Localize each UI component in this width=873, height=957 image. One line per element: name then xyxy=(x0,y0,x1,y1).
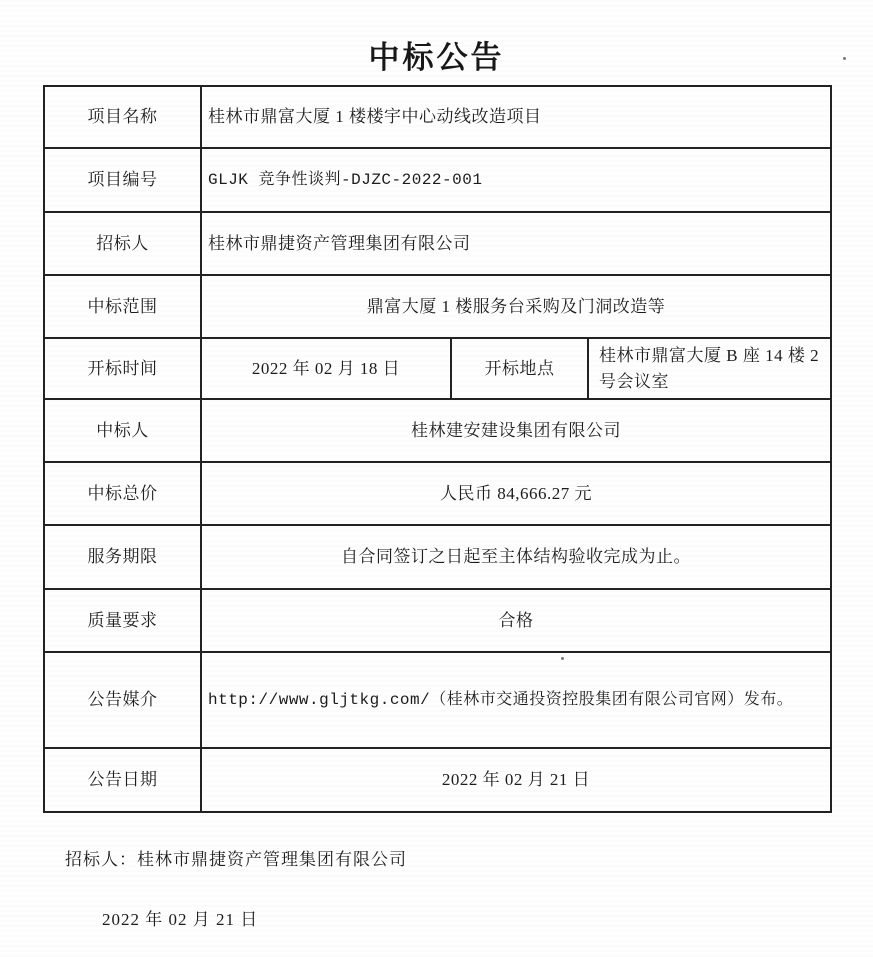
announcement-table: 项目名称 桂林市鼎富大厦 1 楼楼宇中心动线改造项目 项目编号 GLJK 竞争性… xyxy=(43,85,832,813)
row-label-project-name: 项目名称 xyxy=(44,86,201,148)
scan-speck xyxy=(561,657,564,660)
row-label-media: 公告媒介 xyxy=(44,652,201,748)
row-label-project-number: 项目编号 xyxy=(44,148,201,212)
table-row-project-name: 项目名称 桂林市鼎富大厦 1 楼楼宇中心动线改造项目 xyxy=(44,86,831,148)
table-row-project-number: 项目编号 GLJK 竞争性谈判-DJZC-2022-001 xyxy=(44,148,831,212)
row-value-service-period: 自合同签订之日起至主体结构验收完成为止。 xyxy=(201,525,831,589)
row-value-opening-time: 2022 年 02 月 18 日 xyxy=(201,338,451,399)
row-value-tenderer: 桂林市鼎捷资产管理集团有限公司 xyxy=(201,212,831,275)
table-row-opening: 开标时间 2022 年 02 月 18 日 开标地点 桂林市鼎富大厦 B 座 1… xyxy=(44,338,831,399)
table-row-tenderer: 招标人 桂林市鼎捷资产管理集团有限公司 xyxy=(44,212,831,275)
table-row-winner: 中标人 桂林建安建设集团有限公司 xyxy=(44,399,831,462)
row-label-quality: 质量要求 xyxy=(44,589,201,652)
row-value-opening-place: 桂林市鼎富大厦 B 座 14 楼 2 号会议室 xyxy=(588,338,831,399)
footer-date-line: 2022 年 02 月 21 日 xyxy=(102,905,258,930)
row-value-project-name: 桂林市鼎富大厦 1 楼楼宇中心动线改造项目 xyxy=(201,86,831,148)
row-value-project-number: GLJK 竞争性谈判-DJZC-2022-001 xyxy=(201,148,831,212)
row-label-tenderer: 招标人 xyxy=(44,212,201,275)
row-label-service-period: 服务期限 xyxy=(44,525,201,589)
row-label-bid-scope: 中标范围 xyxy=(44,275,201,338)
table-row-quality: 质量要求 合格 xyxy=(44,589,831,652)
table-row-total-price: 中标总价 人民币 84,666.27 元 xyxy=(44,462,831,525)
table-row-announce-date: 公告日期 2022 年 02 月 21 日 xyxy=(44,748,831,812)
page-title: 中标公告 xyxy=(0,32,873,77)
table-row-service-period: 服务期限 自合同签订之日起至主体结构验收完成为止。 xyxy=(44,525,831,589)
row-value-winner: 桂林建安建设集团有限公司 xyxy=(201,399,831,462)
row-value-announce-date: 2022 年 02 月 21 日 xyxy=(201,748,831,812)
row-label-total-price: 中标总价 xyxy=(44,462,201,525)
row-label-opening-time: 开标时间 xyxy=(44,338,201,399)
row-label-opening-place: 开标地点 xyxy=(451,338,588,399)
table-row-media: 公告媒介 http://www.gljtkg.com/（桂林市交通投资控股集团有… xyxy=(44,652,831,748)
scan-speck xyxy=(843,57,846,60)
row-value-bid-scope: 鼎富大厦 1 楼服务台采购及门洞改造等 xyxy=(201,275,831,338)
table-row-bid-scope: 中标范围 鼎富大厦 1 楼服务台采购及门洞改造等 xyxy=(44,275,831,338)
footer-tenderer-line: 招标人：桂林市鼎捷资产管理集团有限公司 xyxy=(65,845,407,870)
row-label-announce-date: 公告日期 xyxy=(44,748,201,812)
row-value-media: http://www.gljtkg.com/（桂林市交通投资控股集团有限公司官网… xyxy=(201,652,831,748)
row-label-winner: 中标人 xyxy=(44,399,201,462)
row-value-quality: 合格 xyxy=(201,589,831,652)
row-value-total-price: 人民币 84,666.27 元 xyxy=(201,462,831,525)
scanned-document-page: 中标公告 项目名称 桂林市鼎富大厦 1 楼楼宇中心动线改造项目 项目编号 GLJ… xyxy=(0,0,873,957)
